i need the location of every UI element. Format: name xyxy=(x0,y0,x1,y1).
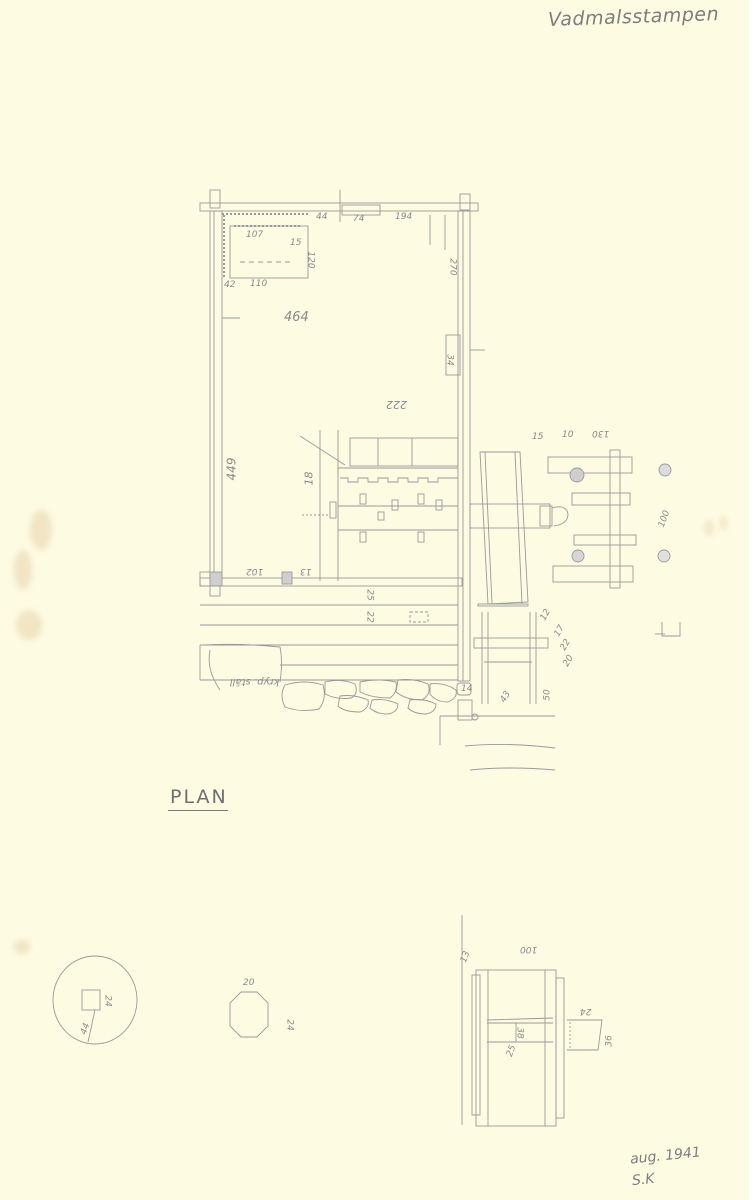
dim-octagon-span: 24 xyxy=(285,1019,295,1030)
left-wall xyxy=(210,211,222,581)
dim-elevation-box: 24 xyxy=(580,1006,591,1016)
dim-corner-post: 14 xyxy=(461,684,472,694)
foundation-stones xyxy=(282,680,456,715)
stamp-box xyxy=(350,438,458,466)
dim-elevation-mid2: 38 xyxy=(515,1027,525,1038)
dim-room-width: 464 xyxy=(284,310,309,325)
dim-inner-box-width: 107 xyxy=(246,230,263,240)
view-label-underline xyxy=(168,810,228,811)
corner-box xyxy=(230,226,308,278)
dim-post-height: 18 xyxy=(303,472,316,486)
dim-octagon-width: 20 xyxy=(243,978,254,988)
bottom-wall xyxy=(200,578,462,586)
dim-room-depth: 449 xyxy=(224,458,238,481)
dim-elevation-box-side: 36 xyxy=(605,1035,615,1046)
dim-lower-wall-a: 25 xyxy=(365,589,375,600)
dim-window-width: 34 xyxy=(445,354,455,365)
dim-inner-box-small: 15 xyxy=(290,238,301,248)
dim-wheel-top: 15 xyxy=(532,432,543,442)
dim-top-wall-left: 44 xyxy=(316,212,327,222)
dim-elevation-top: 100 xyxy=(520,944,537,954)
dim-inner-box-height: 120 xyxy=(306,251,316,268)
dim-lower-wall-b: 22 xyxy=(365,611,375,622)
dim-door-width: 74 xyxy=(353,214,364,224)
water-wheel xyxy=(470,450,636,704)
view-label: PLAN xyxy=(170,786,228,808)
dim-bottom-left: 102 xyxy=(246,566,263,576)
dim-right-wall-upper: 270 xyxy=(448,258,458,275)
dim-corner: 42 xyxy=(224,280,235,290)
octagon-detail xyxy=(230,992,268,1037)
dim-inner-box-bottom: 110 xyxy=(250,279,267,289)
dim-circle-detail-a: 24 xyxy=(103,995,113,1006)
drawing-signature: S.K xyxy=(631,1171,655,1189)
round-detail xyxy=(53,956,137,1044)
dim-wheel-top2: 10 xyxy=(562,430,573,440)
dim-lower-right-b: 50 xyxy=(543,689,553,700)
dim-wheel-top3: 130 xyxy=(592,428,609,438)
dim-machine-span: 222 xyxy=(386,398,407,411)
plan-drawing xyxy=(0,0,753,1200)
dim-top-wall-right: 194 xyxy=(395,212,412,222)
top-wall xyxy=(200,203,478,211)
dim-bottom-mid: 13 xyxy=(300,566,311,576)
foundation-label: kryp. ställ xyxy=(230,676,279,687)
right-wall xyxy=(458,211,470,681)
wheel-beam xyxy=(548,457,632,473)
